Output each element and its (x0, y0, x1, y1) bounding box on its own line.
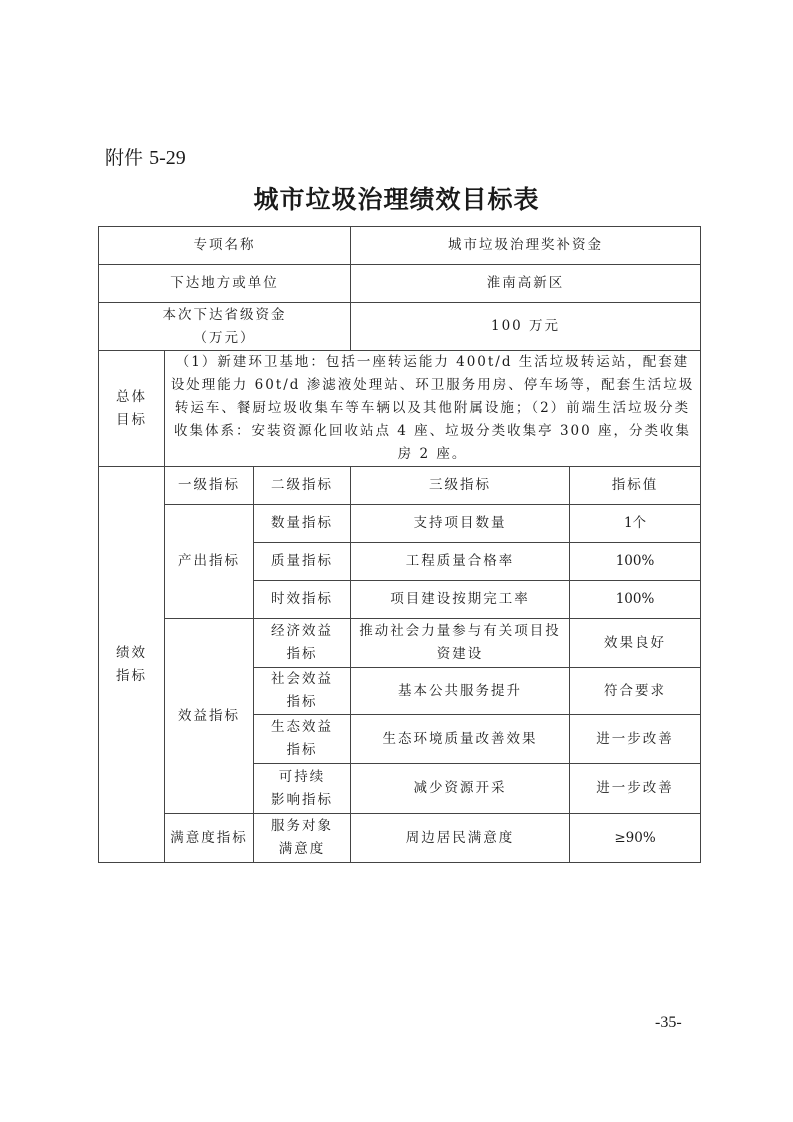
level2-cell: 社会效益 指标 (254, 668, 351, 715)
goal-text-cell: （1）新建环卫基地：包括一座转运能力 400t/d 生活垃圾转运站，配套建设处理… (165, 351, 701, 467)
level3-cell: 项目建设按期完工率 (351, 581, 570, 619)
info-row-recipient: 下达地方或单位 淮南高新区 (99, 265, 701, 303)
level2-cell: 经济效益 指标 (254, 619, 351, 668)
overall-goal-row: 总体 目标 （1）新建环卫基地：包括一座转运能力 400t/d 生活垃圾转运站，… (99, 351, 701, 467)
level2-cell: 生态效益 指标 (254, 715, 351, 764)
level1-cell: 效益指标 (165, 619, 254, 814)
cell-line: 可持续 (258, 766, 346, 789)
cell-line: 满意度 (258, 838, 346, 861)
table-row: 效益指标 经济效益 指标 推动社会力量参与有关项目投 资建设 效果良好 (99, 619, 701, 668)
cell-line: 指标 (258, 691, 346, 714)
cell-line: 推动社会力量参与有关项目投 (355, 620, 565, 643)
label-line: 总体 (103, 386, 160, 409)
info-row-project-name: 专项名称 城市垃圾治理奖补资金 (99, 227, 701, 265)
level2-cell: 服务对象 满意度 (254, 814, 351, 863)
header-value: 指标值 (570, 467, 701, 505)
label-cell: 本次下达省级资金 （万元） (99, 303, 351, 351)
performance-target-table: 专项名称 城市垃圾治理奖补资金 下达地方或单位 淮南高新区 本次下达省级资金 （… (98, 226, 701, 863)
level3-cell: 基本公共服务提升 (351, 668, 570, 715)
label-cell: 专项名称 (99, 227, 351, 265)
level2-cell: 可持续 影响指标 (254, 764, 351, 814)
indicator-header-row: 绩效 指标 一级指标 二级指标 三级指标 指标值 (99, 467, 701, 505)
value-cell: 城市垃圾治理奖补资金 (351, 227, 701, 265)
attachment-number: 5-29 (149, 147, 186, 169)
level3-cell: 生态环境质量改善效果 (351, 715, 570, 764)
page-number: -35- (655, 1014, 682, 1032)
value-cell: 100% (570, 543, 701, 581)
level3-cell: 支持项目数量 (351, 505, 570, 543)
cell-line: 影响指标 (258, 789, 346, 812)
level3-cell: 减少资源开采 (351, 764, 570, 814)
info-row-funding: 本次下达省级资金 （万元） 100 万元 (99, 303, 701, 351)
attachment-prefix: 附件 (105, 147, 143, 169)
header-level2: 二级指标 (254, 467, 351, 505)
level2-cell: 质量指标 (254, 543, 351, 581)
label-line: （万元） (103, 327, 346, 350)
label-line: 绩效 (103, 642, 160, 665)
cell-line: 经济效益 (258, 620, 346, 643)
table-row: 满意度指标 服务对象 满意度 周边居民满意度 ≥90% (99, 814, 701, 863)
cell-line: 指标 (258, 643, 346, 666)
level3-cell: 推动社会力量参与有关项目投 资建设 (351, 619, 570, 668)
attachment-label: 附件 5-29 (105, 143, 186, 170)
cell-line: 社会效益 (258, 668, 346, 691)
value-cell: 100 万元 (351, 303, 701, 351)
value-cell: 进一步改善 (570, 764, 701, 814)
table-row: 产出指标 数量指标 支持项目数量 1个 (99, 505, 701, 543)
value-cell: 效果良好 (570, 619, 701, 668)
value-cell: 100% (570, 581, 701, 619)
value-cell: 淮南高新区 (351, 265, 701, 303)
value-cell: 1个 (570, 505, 701, 543)
level1-cell: 满意度指标 (165, 814, 254, 863)
header-level3: 三级指标 (351, 467, 570, 505)
performance-label-cell: 绩效 指标 (99, 467, 165, 863)
label-cell: 下达地方或单位 (99, 265, 351, 303)
value-cell: 进一步改善 (570, 715, 701, 764)
page-title: 城市垃圾治理绩效目标表 (0, 180, 793, 216)
level1-cell: 产出指标 (165, 505, 254, 619)
cell-line: 生态效益 (258, 716, 346, 739)
level2-cell: 时效指标 (254, 581, 351, 619)
level3-cell: 工程质量合格率 (351, 543, 570, 581)
label-line: 目标 (103, 409, 160, 432)
cell-line: 资建设 (355, 643, 565, 666)
level2-cell: 数量指标 (254, 505, 351, 543)
header-level1: 一级指标 (165, 467, 254, 505)
cell-line: 服务对象 (258, 815, 346, 838)
label-line: 指标 (103, 665, 160, 688)
level3-cell: 周边居民满意度 (351, 814, 570, 863)
value-cell: 符合要求 (570, 668, 701, 715)
goal-label-cell: 总体 目标 (99, 351, 165, 467)
cell-line: 指标 (258, 739, 346, 762)
value-cell: ≥90% (570, 814, 701, 863)
label-line: 本次下达省级资金 (103, 304, 346, 327)
